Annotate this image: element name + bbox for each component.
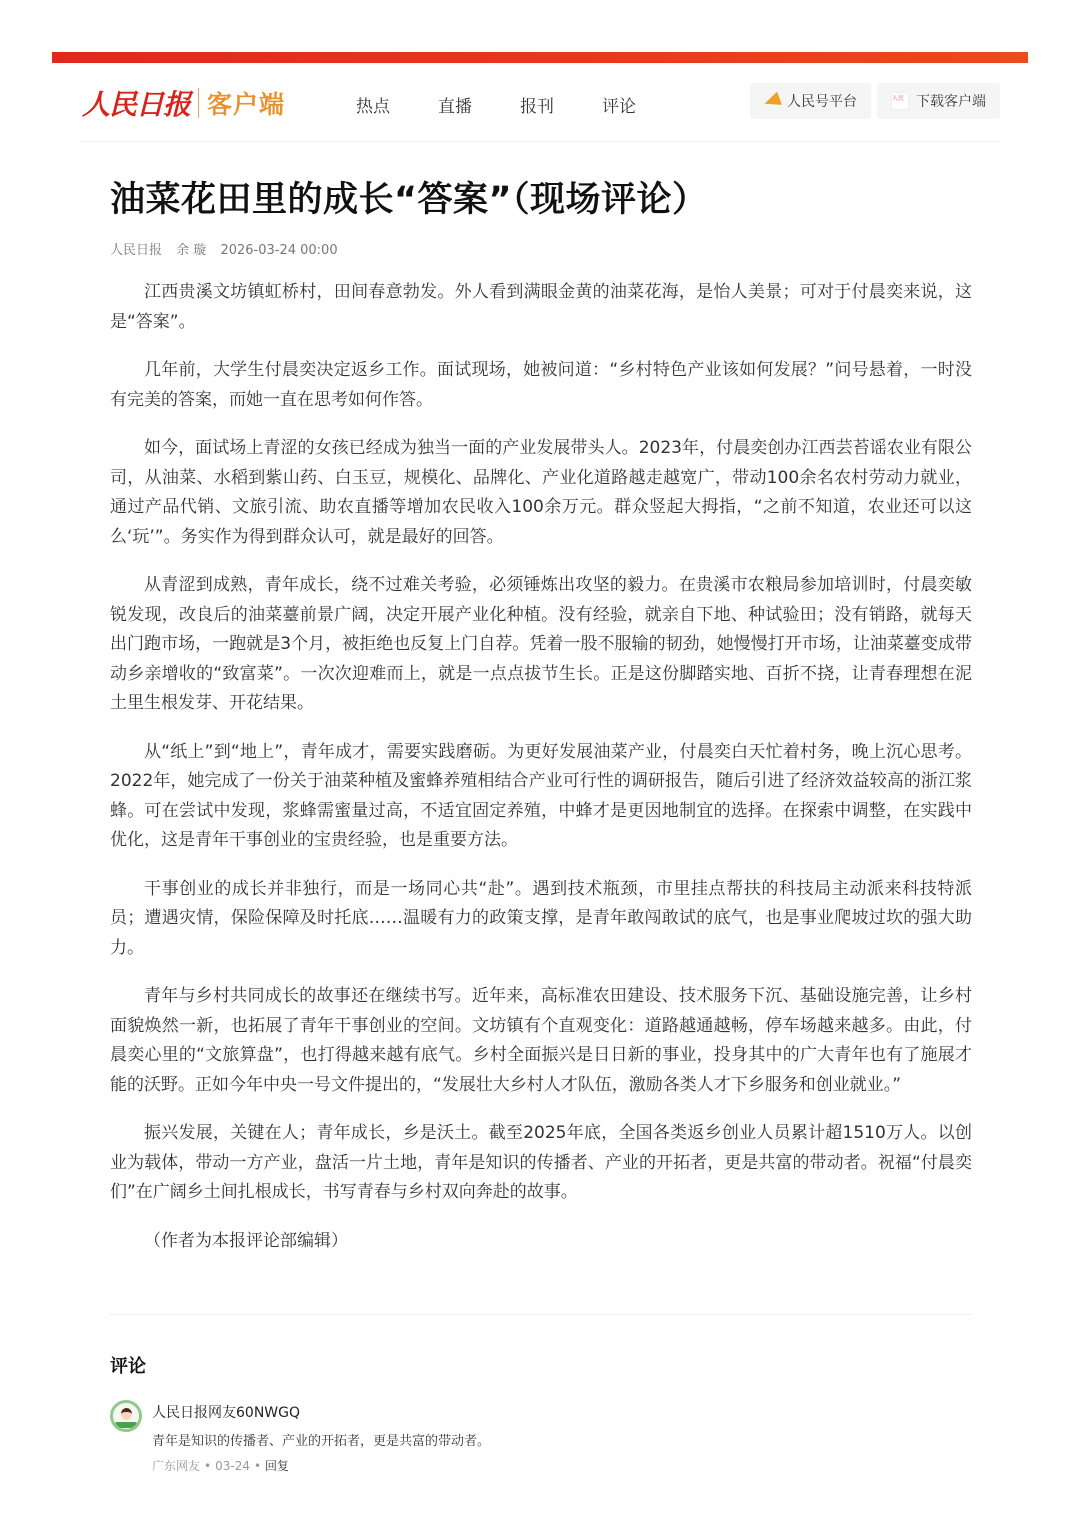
logo-main-text: 人民日报 (82, 83, 190, 123)
download-app-button[interactable]: 人民 下载客户端 (877, 83, 1000, 119)
article-source: 人民日报 (110, 243, 162, 258)
article-paragraph: 从“纸上”到“地上”，青年成才，需要实践磨砺。为更好发展油菜产业，付晨奕白天忙着… (110, 738, 972, 856)
site-header: 人民日报 客户端 热点 直播 报刊 评论 人民号平台 人民 下载客户端 (80, 63, 1000, 141)
comment-location: 广东网友 (152, 1459, 200, 1473)
comment-date: 03-24 (215, 1459, 250, 1473)
top-accent-bar (52, 52, 1028, 63)
comment-username[interactable]: 人民日报网友60NWGQ (152, 1402, 300, 1422)
avatar[interactable] (110, 1400, 142, 1432)
comment-text: 青年是知识的传播者、产业的开拓者，更是共富的带动者。 (152, 1430, 490, 1449)
article-paragraph: 青年与乡村共同成长的故事还在继续书写。近年来，高标准农田建设、技术服务下沉、基础… (110, 982, 972, 1100)
app-icon: 人民 (891, 92, 909, 110)
nav-item-commentary[interactable]: 评论 (602, 92, 636, 117)
download-app-label: 下载客户端 (916, 91, 986, 111)
comments-heading: 评论 (110, 1352, 146, 1378)
logo-separator (198, 88, 199, 118)
article-paragraph: 从青涩到成熟，青年成长，绕不过难关考验，必须锤炼出攻坚的毅力。在贵溪市农粮局参加… (110, 571, 972, 719)
article-paragraph: 几年前，大学生付晨奕决定返乡工作。面试现场，她被问道：“乡村特色产业该如何发展？… (110, 356, 972, 415)
article-author: 余 璇 (176, 243, 206, 258)
people-platform-button[interactable]: 人民号平台 (750, 83, 871, 119)
article-paragraph: 干事创业的成长并非独行，而是一场同心共“赴”。遇到技术瓶颈，市里挂点帮扶的科技局… (110, 875, 972, 964)
article-paragraph: 江西贵溪文坊镇虹桥村，田间春意勃发。外人看到满眼金黄的油菜花海，是怡人美景；可对… (110, 278, 972, 337)
arrow-icon (762, 92, 782, 111)
author-note: （作者为本报评论部编辑） (110, 1227, 972, 1257)
avatar-face-icon (121, 1408, 132, 1420)
avatar-badge-icon (115, 1422, 137, 1428)
nav-item-live[interactable]: 直播 (438, 92, 472, 117)
article-meta: 人民日报 余 璇 2026-03-24 00:00 (110, 239, 348, 258)
nav-item-newspaper[interactable]: 报刊 (520, 92, 554, 117)
header-actions: 人民号平台 人民 下载客户端 (750, 83, 1000, 119)
people-platform-label: 人民号平台 (787, 91, 857, 111)
site-logo[interactable]: 人民日报 客户端 (82, 83, 285, 123)
article-title: 油菜花田里的成长“答案”（现场评论） (110, 172, 708, 222)
article-paragraph: 如今，面试场上青涩的女孩已经成为独当一面的产业发展带头人。2023年，付晨奕创办… (110, 434, 972, 552)
article-body: 江西贵溪文坊镇虹桥村，田间春意勃发。外人看到满眼金黄的油菜花海，是怡人美景；可对… (110, 278, 972, 1275)
logo-sub-text: 客户端 (207, 85, 285, 121)
article-paragraph: 振兴发展，关键在人；青年成长，乡是沃土。截至2025年底，全国各类返乡创业人员累… (110, 1119, 972, 1208)
nav-item-hot[interactable]: 热点 (356, 92, 390, 117)
separator-dot: • (254, 1459, 261, 1473)
comments-divider (110, 1314, 972, 1315)
article-datetime: 2026-03-24 00:00 (220, 243, 337, 258)
separator-dot: • (204, 1459, 211, 1473)
reply-button[interactable]: 回复 (265, 1459, 289, 1473)
main-nav: 热点 直播 报刊 评论 (356, 92, 684, 117)
header-divider (80, 141, 1000, 142)
comment-meta: 广东网友•03-24•回复 (152, 1457, 289, 1474)
